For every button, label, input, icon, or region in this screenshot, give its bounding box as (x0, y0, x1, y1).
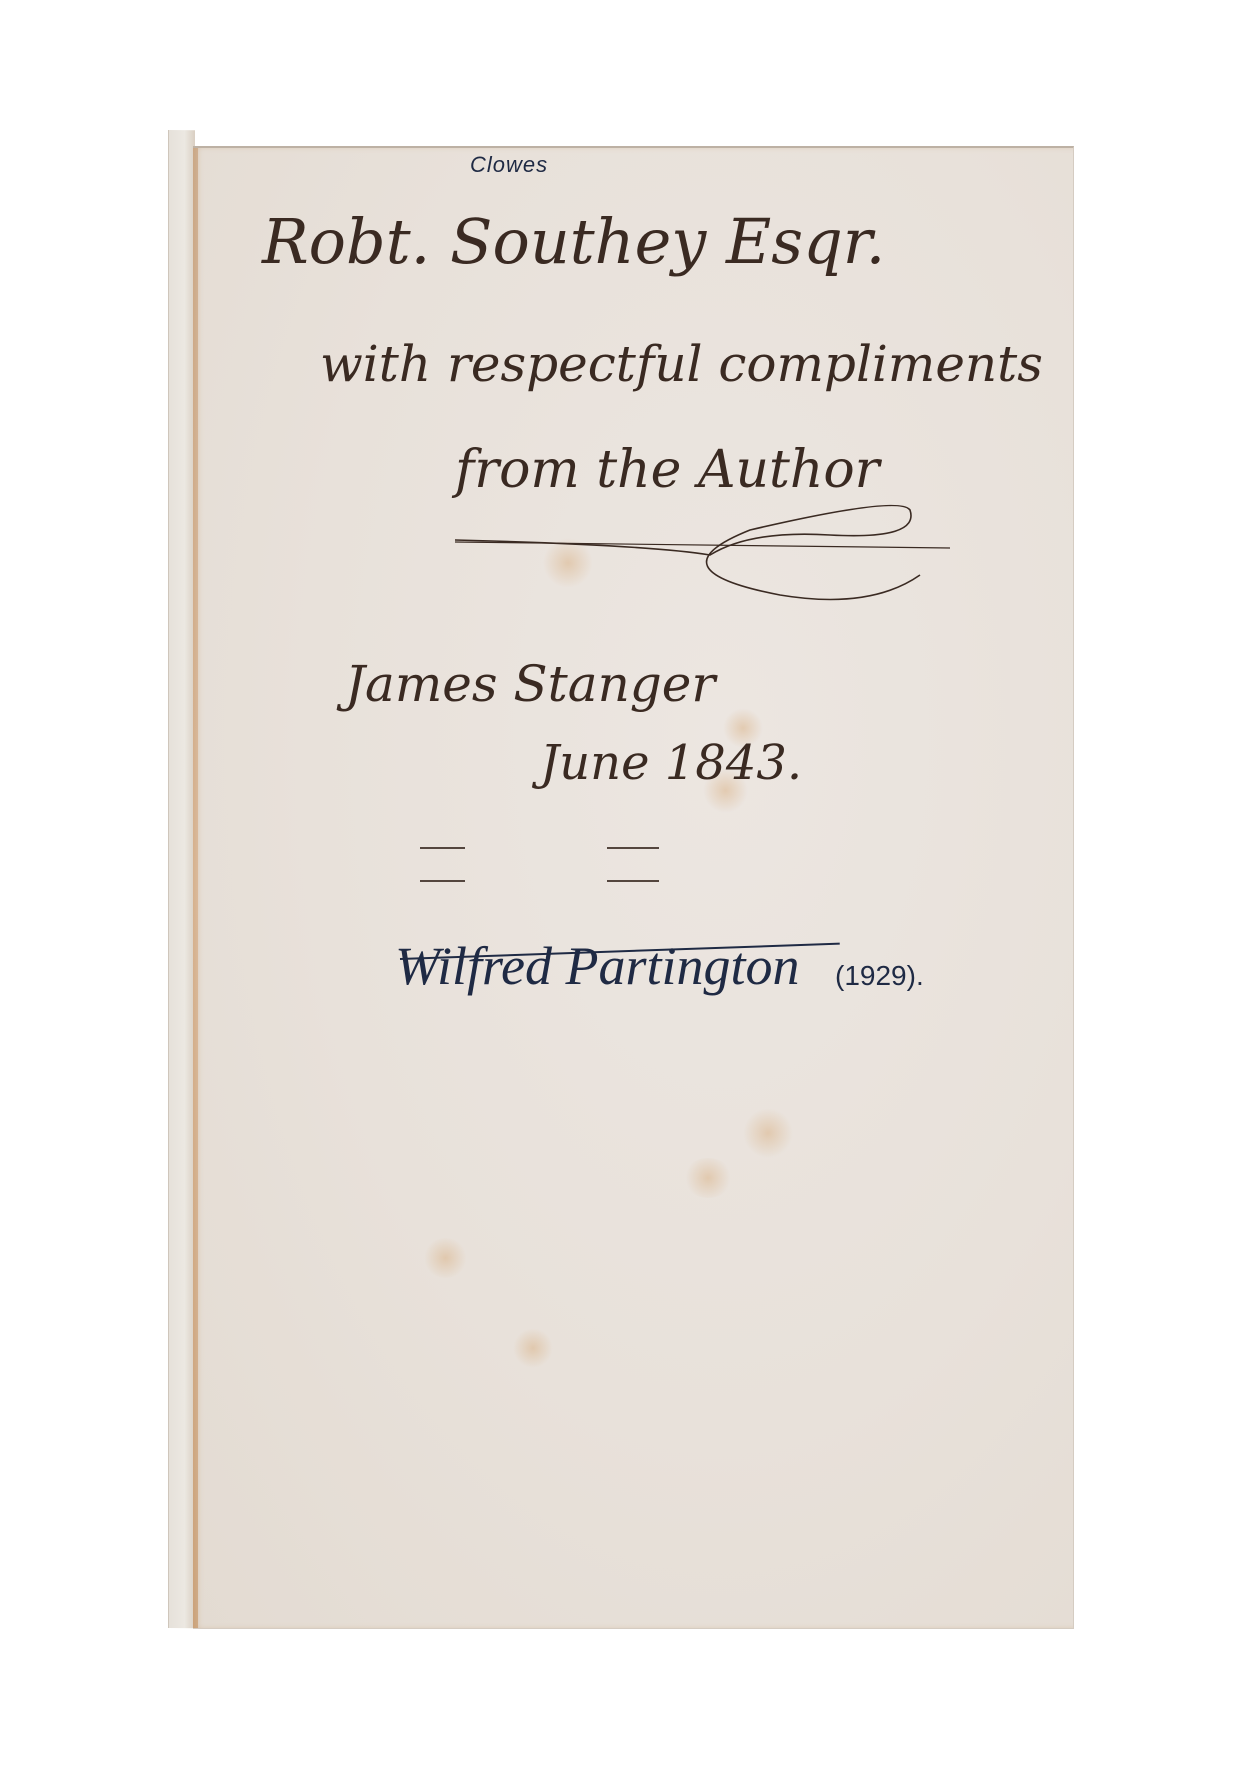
foxing-spot (683, 1158, 733, 1198)
ditto-mark (607, 880, 659, 882)
ditto-mark (420, 880, 465, 882)
front-free-endpaper-edge (168, 130, 195, 1628)
ditto-mark (607, 847, 659, 849)
signature-year: (1929). (835, 960, 924, 992)
inscription-compliments: with respectful compliments (320, 335, 1043, 393)
foxing-spot (423, 1238, 468, 1278)
owner-name: James Stanger (345, 655, 715, 713)
owner-date: June 1843. (540, 735, 802, 791)
foxing-spot (513, 1328, 553, 1368)
gutter-foxing (193, 148, 198, 1628)
inscription-from-author: from the Author (455, 440, 880, 500)
foxing-spot (743, 1108, 793, 1158)
flourish-underline (450, 500, 970, 610)
later-owner-signature: Wilfred Partington (395, 935, 800, 997)
inscription-recipient: Robt. Southey Esqr. (262, 205, 885, 278)
ditto-mark (420, 847, 465, 849)
shelfmark-note: Clowes (470, 152, 548, 178)
